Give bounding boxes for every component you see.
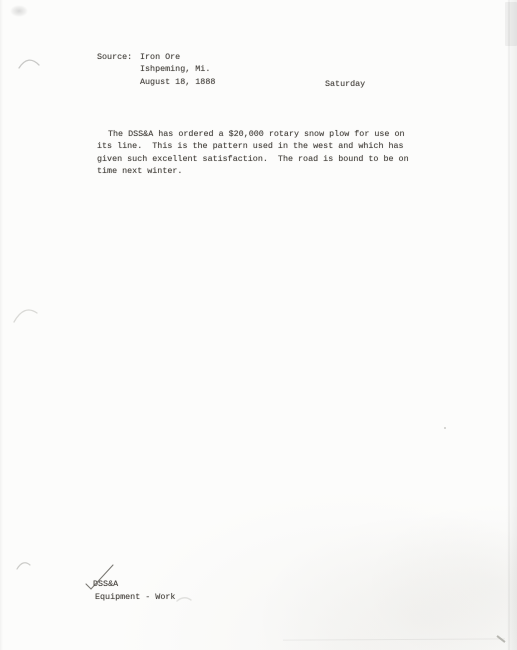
source-publication: Iron Ore: [140, 52, 180, 62]
source-weekday: Saturday: [325, 79, 365, 89]
body-line: its line. This is the pattern used in th…: [97, 141, 404, 151]
paper-speck: [444, 427, 446, 429]
source-date: August 18, 1888: [140, 77, 215, 87]
smudge-mark: [176, 594, 192, 604]
body-line: time next winter.: [97, 166, 182, 176]
page-right-edge-line: [508, 0, 510, 650]
page-right-edge-shadow-top: [505, 2, 517, 46]
pencil-arc-mark: [13, 306, 39, 326]
index-category: Equipment - Work: [95, 592, 175, 602]
source-label: Source:: [97, 52, 132, 62]
body-line: The DSS&A has ordered a $20,000 rotary s…: [108, 129, 405, 139]
pencil-arc-mark: [16, 560, 32, 572]
body-line: given such excellent satisfaction. The r…: [97, 154, 409, 164]
scan-corner-smudge: [10, 5, 28, 17]
page-left-edge-shadow: [0, 0, 3, 650]
pencil-arc-mark: [18, 56, 42, 71]
source-location: Ishpeming, Mi.: [140, 64, 210, 74]
scanned-document-page: Source: Iron Ore Ishpeming, Mi. August 1…: [0, 0, 517, 650]
page-bottom-edge-line: [283, 638, 505, 640]
handwritten-checkmark-icon: [82, 560, 118, 592]
